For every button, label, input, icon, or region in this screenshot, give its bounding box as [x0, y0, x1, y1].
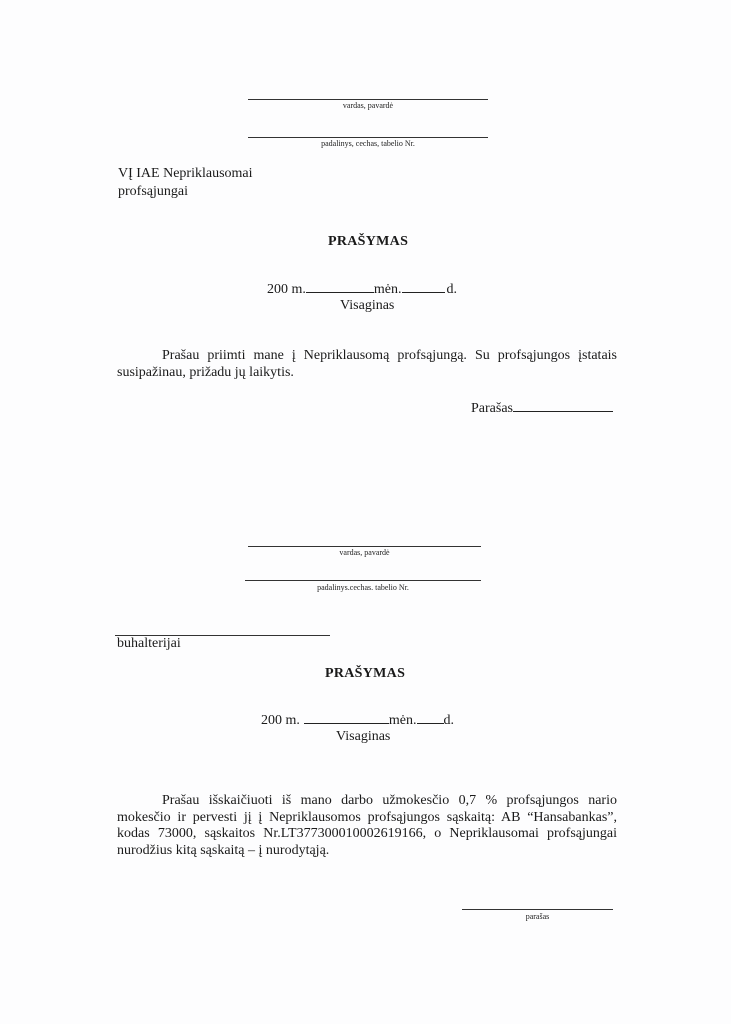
- date-month-field[interactable]: [304, 712, 389, 724]
- city: Visaginas: [336, 729, 390, 745]
- department-field-line[interactable]: [248, 137, 488, 138]
- date-line: 200 m.mėn.d.: [267, 281, 457, 298]
- department-caption: padalinys, cechas, tabelio Nr.: [248, 139, 488, 148]
- name-field-line[interactable]: [248, 546, 481, 547]
- date-month-label: mėn.: [374, 282, 402, 297]
- request-body: Prašau priimti mane į Nepriklausomą prof…: [117, 348, 617, 381]
- date-line: 200 m.mėn.d.: [261, 712, 454, 729]
- date-year-label: 200 m.: [261, 713, 300, 728]
- body-line-2: susipažinau, prižadu jų laikytis.: [117, 365, 294, 380]
- signature-caption: parašas: [462, 912, 613, 921]
- date-day-label: d.: [447, 282, 458, 297]
- request-body: Prašau išskaičiuoti iš mano darbo užmoke…: [117, 793, 617, 859]
- date-month-label: mėn.: [389, 713, 417, 728]
- signature-field[interactable]: [513, 400, 613, 412]
- body-line-4: nurodžius kitą sąskaitą – į nurodytąją.: [117, 843, 329, 858]
- signature-field-line[interactable]: [462, 909, 613, 910]
- body-line-2: mokesčio ir pervesti jį į Nepriklausomos…: [117, 810, 617, 825]
- document-title: PRAŠYMAS: [325, 666, 405, 682]
- department-caption: padalinys.cechas. tabelio Nr.: [245, 583, 481, 592]
- signature-row: Parašas: [471, 400, 613, 417]
- signature-label: Parašas: [471, 401, 513, 416]
- addressee: buhalterijai: [117, 636, 181, 652]
- addressee-line-2: profsąjungai: [118, 184, 188, 200]
- date-day-field[interactable]: [417, 712, 444, 724]
- document-title: PRAŠYMAS: [328, 234, 408, 250]
- addressee-line-1: VĮ IAE Nepriklausomai: [118, 166, 253, 182]
- department-field-line[interactable]: [245, 580, 481, 581]
- date-month-field[interactable]: [306, 281, 374, 293]
- date-day-label: d.: [444, 713, 455, 728]
- body-line-1: Prašau priimti mane į Nepriklausomą prof…: [162, 348, 617, 363]
- name-caption: vardas, pavardė: [248, 101, 488, 110]
- name-field-line[interactable]: [248, 99, 488, 100]
- body-line-3: kodas 73000, sąskaitos Nr.LT377300010002…: [117, 826, 617, 841]
- name-caption: vardas, pavardė: [248, 548, 481, 557]
- body-line-1: Prašau išskaičiuoti iš mano darbo užmoke…: [162, 793, 617, 808]
- date-year-label: 200 m.: [267, 282, 306, 297]
- date-day-field[interactable]: [402, 281, 445, 293]
- city: Visaginas: [340, 298, 394, 314]
